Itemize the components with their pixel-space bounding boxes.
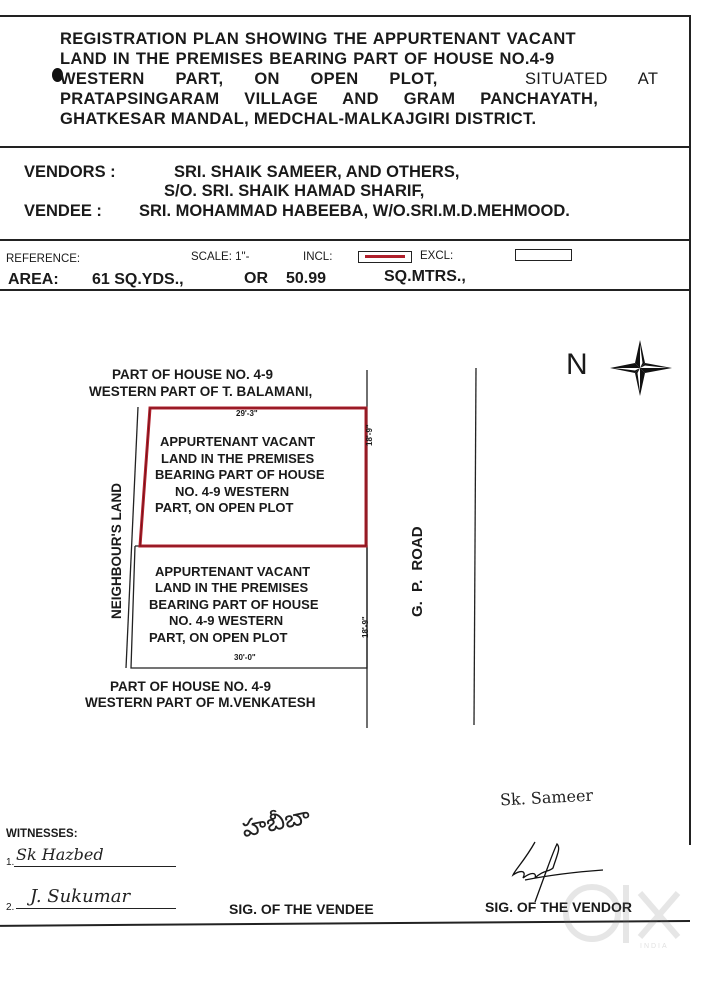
north-arrow-icon: [610, 340, 672, 396]
top-plot-line-2: LAND IN THE PREMISES: [161, 450, 314, 467]
south-neighbour-line1: PART OF HOUSE NO. 4-9: [110, 679, 271, 695]
south-neighbour-line2: WESTERN PART OF M.VENKATESH: [85, 695, 316, 711]
bottom-plot-line-4: NO. 4-9 WESTERN: [169, 612, 283, 629]
witness-2-prefix: 2.: [6, 902, 14, 913]
top-plot-line-5: PART, ON OPEN PLOT: [155, 499, 293, 516]
top-plot-line-4: NO. 4-9 WESTERN: [175, 483, 289, 500]
top-plot-line-1: APPURTENANT VACANT: [160, 433, 315, 450]
olx-logo-icon: [560, 875, 690, 945]
witnesses-label: WITNESSES:: [6, 828, 78, 840]
witness-2-line: [16, 908, 176, 909]
gp-road-label: G. P. ROAD: [409, 526, 426, 617]
north-neighbour-line2: WESTERN PART OF T. BALAMANI,: [89, 384, 312, 400]
top-plot-line-3: BEARING PART OF HOUSE: [155, 466, 325, 483]
bottom-plot-line-2: LAND IN THE PREMISES: [155, 579, 308, 596]
north-label: N: [566, 348, 588, 382]
top-plot-side-dimension: 18'-9": [365, 424, 374, 446]
bottom-plot-line-3: BEARING PART OF HOUSE: [149, 596, 319, 613]
top-plot-top-dimension: 29'-3": [236, 409, 258, 418]
north-neighbour-line1: PART OF HOUSE NO. 4-9: [112, 367, 273, 383]
olx-watermark: INDIA: [560, 875, 690, 955]
witness-1-line: [14, 866, 176, 867]
bottom-plot-bottom-dimension: 30'-0": [234, 653, 256, 662]
witness-1-signature: Sk Hazbed: [16, 845, 104, 864]
bottom-plot-side-dimension: 18'-9": [361, 616, 370, 638]
west-neighbour-label: NEIGHBOUR'S LAND: [109, 483, 124, 619]
olx-watermark-sub: INDIA: [640, 943, 669, 950]
bottom-plot-line-5: PART, ON OPEN PLOT: [149, 629, 287, 646]
vendee-signature-label: SIG. OF THE VENDEE: [229, 901, 374, 917]
witness-2-signature: J. Sukumar: [30, 886, 130, 907]
bottom-plot-line-1: APPURTENANT VACANT: [155, 563, 310, 580]
